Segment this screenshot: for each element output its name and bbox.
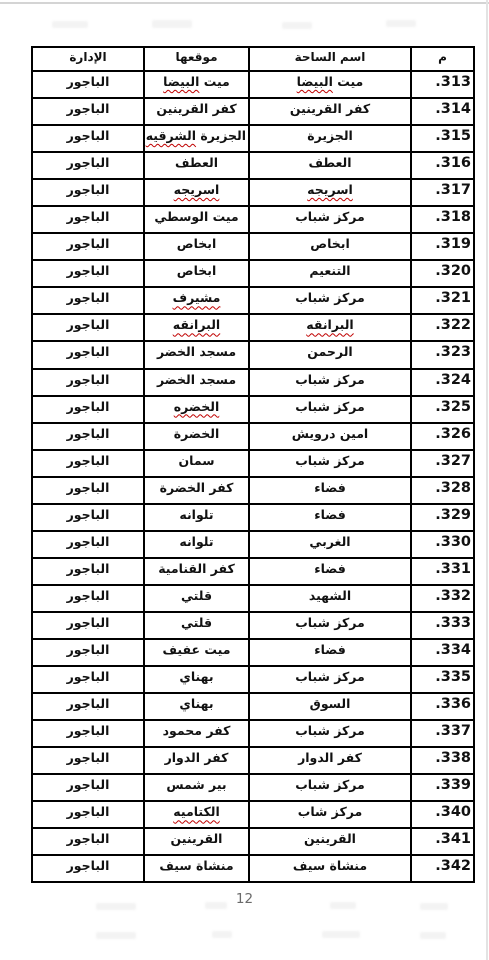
cell-text: مركز شباب — [295, 669, 365, 684]
cell-number: .342 — [411, 855, 474, 882]
table-row: .332الشهيدقلتيالباجور — [32, 585, 474, 612]
cell-location: ميت البيضا — [144, 71, 249, 98]
cell-text: تلوانه — [179, 534, 213, 549]
cell-admin: الباجور — [32, 125, 144, 152]
table-row: .337مركز شبابكفر محمودالباجور — [32, 720, 474, 747]
cell-admin: الباجور — [32, 558, 144, 585]
cell-text: الجزيرة — [307, 128, 353, 143]
page-right-edge-line — [486, 0, 488, 960]
cell-text: الرحمن — [307, 344, 352, 359]
table-row: .335مركز شباببهنايالباجور — [32, 666, 474, 693]
table-row: .331فضاءكفر القناميةالباجور — [32, 558, 474, 585]
cell-text: قلتي — [181, 615, 212, 630]
row-number-text: .337 — [435, 723, 471, 739]
cell-text: مركز شباب — [295, 453, 365, 468]
column-header-location: موقعها — [144, 47, 249, 71]
areas-table-body: .313ميت البيضاميت البيضاالباجور.314كفر ا… — [32, 71, 474, 882]
cell-number: .324 — [411, 369, 474, 396]
cell-area-name: امين درويش — [249, 423, 411, 450]
cell-text: سمان — [178, 453, 214, 468]
cell-location: ابخاص — [144, 260, 249, 287]
cell-area-name: الجزيرة — [249, 125, 411, 152]
table-row: .315الجزيرةالجزيرة الشرقيهالباجور — [32, 125, 474, 152]
cell-text: فضاء — [314, 642, 346, 657]
table-row: .339مركز شباببير شمسالباجور — [32, 774, 474, 801]
cell-number: .329 — [411, 504, 474, 531]
cell-area-name: مركز شباب — [249, 287, 411, 314]
cell-location: الكتاميه — [144, 801, 249, 828]
table-row: .316العطفالعطفالباجور — [32, 152, 474, 179]
row-number-text: .319 — [435, 236, 471, 252]
cell-admin: الباجور — [32, 666, 144, 693]
cell-admin: الباجور — [32, 504, 144, 531]
cell-area-name: العطف — [249, 152, 411, 179]
cell-text: فضاء — [314, 561, 346, 576]
table-row: .328فضاءكفر الخضرةالباجور — [32, 477, 474, 504]
misspelled-text: البيضا — [163, 74, 199, 89]
cell-number: .319 — [411, 233, 474, 260]
cell-location: كفر الخضرة — [144, 477, 249, 504]
row-number-text: .330 — [435, 534, 471, 550]
cell-text: ميت عفيف — [163, 642, 231, 657]
cell-number: .314 — [411, 98, 474, 125]
cell-number: .327 — [411, 450, 474, 477]
table-row: .313ميت البيضاميت البيضاالباجور — [32, 71, 474, 98]
table-row: .314كفر القرينينكفر القرينينالباجور — [32, 98, 474, 125]
cell-number: .339 — [411, 774, 474, 801]
cell-text: بير شمس — [166, 777, 226, 792]
scan-artifact — [152, 20, 192, 28]
cell-text: مركز شباب — [295, 777, 365, 792]
cell-admin: الباجور — [32, 747, 144, 774]
cell-admin: الباجور — [32, 639, 144, 666]
cell-area-name: كفر الدوار — [249, 747, 411, 774]
cell-location: تلوانه — [144, 504, 249, 531]
cell-area-name: البرانقه — [249, 314, 411, 341]
misspelled-text: البيضا — [297, 74, 333, 89]
cell-text: قلتي — [181, 588, 212, 603]
row-number-text: .341 — [435, 831, 471, 847]
cell-admin: الباجور — [32, 774, 144, 801]
cell-text: مسجد الخضر — [157, 344, 236, 359]
row-number-text: .339 — [435, 777, 471, 793]
misspelled-text: البرانقه — [306, 317, 353, 332]
table-row: .325مركز شبابالخضرهالباجور — [32, 396, 474, 423]
cell-number: .331 — [411, 558, 474, 585]
cell-text: فضاء — [314, 480, 346, 495]
table-row: .336السوقبهنايالباجور — [32, 693, 474, 720]
cell-number: .325 — [411, 396, 474, 423]
table-header-row: م اسم الساحة موقعها الإدارة — [32, 47, 474, 71]
table-row: .323الرحمنمسجد الخضرالباجور — [32, 341, 474, 368]
cell-location: مشيرف — [144, 287, 249, 314]
table-row: .334فضاءميت عفيفالباجور — [32, 639, 474, 666]
cell-text: كفر الخضرة — [160, 480, 234, 495]
cell-text: ميت — [333, 74, 363, 89]
scan-artifact — [52, 21, 88, 28]
cell-text: مركز شباب — [295, 399, 365, 414]
cell-area-name: مركز شباب — [249, 369, 411, 396]
table-row: .333مركز شبابقلتيالباجور — [32, 612, 474, 639]
cell-location: ابخاص — [144, 233, 249, 260]
cell-text: منشاة سيف — [159, 858, 233, 873]
cell-text: ميت الوسطي — [154, 209, 238, 224]
cell-location: البرانقه — [144, 314, 249, 341]
table-row: .330الغربيتلوانهالباجور — [32, 531, 474, 558]
row-number-text: .326 — [435, 426, 471, 442]
cell-text: كفر القرينين — [290, 101, 370, 116]
cell-area-name: القرينين — [249, 828, 411, 855]
cell-text: مركز شباب — [295, 290, 365, 305]
cell-number: .313 — [411, 71, 474, 98]
cell-area-name: فضاء — [249, 504, 411, 531]
areas-table: م اسم الساحة موقعها الإدارة .313ميت البي… — [31, 46, 475, 883]
row-number-text: .327 — [435, 453, 471, 469]
cell-text: الخضرة — [174, 426, 219, 441]
cell-location: بهناي — [144, 693, 249, 720]
cell-number: .326 — [411, 423, 474, 450]
misspelled-text: اسريجه — [307, 182, 353, 197]
cell-admin: الباجور — [32, 152, 144, 179]
misspelled-text: البرانقه — [173, 317, 220, 332]
row-number-text: .320 — [435, 263, 471, 279]
cell-number: .335 — [411, 666, 474, 693]
table-row: .341القرينينالقرينينالباجور — [32, 828, 474, 855]
cell-text: مركز شباب — [295, 615, 365, 630]
cell-number: .320 — [411, 260, 474, 287]
cell-location: الخضرة — [144, 423, 249, 450]
row-number-text: .318 — [435, 209, 471, 225]
misspelled-text: مشيرف — [173, 290, 221, 305]
cell-number: .337 — [411, 720, 474, 747]
cell-text: السوق — [310, 696, 351, 711]
cell-number: .340 — [411, 801, 474, 828]
row-number-text: .316 — [435, 155, 471, 171]
cell-location: قلتي — [144, 585, 249, 612]
row-number-text: .331 — [435, 561, 471, 577]
cell-admin: الباجور — [32, 450, 144, 477]
cell-number: .334 — [411, 639, 474, 666]
cell-number: .338 — [411, 747, 474, 774]
cell-admin: الباجور — [32, 531, 144, 558]
cell-area-name: كفر القرينين — [249, 98, 411, 125]
cell-location: كفر القنامية — [144, 558, 249, 585]
cell-text: كفر الدوار — [298, 750, 362, 765]
cell-area-name: فضاء — [249, 639, 411, 666]
cell-text: الغربي — [309, 534, 350, 549]
misspelled-text: الشرقيه — [146, 128, 196, 143]
column-header-area-name: اسم الساحة — [249, 47, 411, 71]
cell-area-name: الغربي — [249, 531, 411, 558]
cell-admin: الباجور — [32, 260, 144, 287]
row-number-text: .338 — [435, 750, 471, 766]
cell-text: مركز شباب — [295, 723, 365, 738]
cell-area-name: مركز شباب — [249, 666, 411, 693]
cell-area-name: الرحمن — [249, 341, 411, 368]
cell-location: كفر القرينين — [144, 98, 249, 125]
cell-admin: الباجور — [32, 585, 144, 612]
cell-text: امين درويش — [292, 426, 368, 441]
cell-text: التنعيم — [309, 263, 350, 278]
scan-artifact — [322, 931, 360, 938]
cell-number: .323 — [411, 341, 474, 368]
cell-text: القرينين — [304, 831, 356, 846]
row-number-text: .325 — [435, 399, 471, 415]
scan-artifact — [386, 20, 416, 27]
cell-location: ميت عفيف — [144, 639, 249, 666]
cell-text: مركز شاب — [298, 804, 362, 819]
cell-text: كفر القنامية — [158, 561, 235, 576]
cell-admin: الباجور — [32, 287, 144, 314]
column-header-admin: الإدارة — [32, 47, 144, 71]
cell-location: مسجد الخضر — [144, 341, 249, 368]
row-number-text: .323 — [435, 344, 471, 360]
cell-location: بهناي — [144, 666, 249, 693]
cell-admin: الباجور — [32, 341, 144, 368]
cell-number: .316 — [411, 152, 474, 179]
cell-text: مسجد الخضر — [157, 372, 236, 387]
row-number-text: .314 — [435, 101, 471, 117]
cell-text: ابخاص — [177, 263, 217, 278]
row-number-text: .342 — [435, 858, 471, 874]
cell-number: .332 — [411, 585, 474, 612]
cell-area-name: مركز شباب — [249, 774, 411, 801]
cell-location: الخضره — [144, 396, 249, 423]
cell-number: .321 — [411, 287, 474, 314]
table-row: .338كفر الدواركفر الدوارالباجور — [32, 747, 474, 774]
cell-text: مركز شباب — [295, 209, 365, 224]
cell-admin: الباجور — [32, 828, 144, 855]
cell-area-name: فضاء — [249, 477, 411, 504]
cell-text: كفر محمود — [163, 723, 231, 738]
cell-number: .318 — [411, 206, 474, 233]
row-number-text: .332 — [435, 588, 471, 604]
cell-text: كفر الدوار — [165, 750, 229, 765]
row-number-text: .335 — [435, 669, 471, 685]
cell-number: .330 — [411, 531, 474, 558]
cell-location: اسريجه — [144, 179, 249, 206]
row-number-text: .336 — [435, 696, 471, 712]
cell-location: مسجد الخضر — [144, 369, 249, 396]
cell-area-name: ابخاص — [249, 233, 411, 260]
cell-text: مركز شباب — [295, 372, 365, 387]
cell-text: العطف — [308, 155, 351, 170]
cell-admin: الباجور — [32, 477, 144, 504]
cell-text: كفر القرينين — [156, 101, 236, 116]
page-number: 12 — [0, 891, 489, 907]
cell-number: .328 — [411, 477, 474, 504]
table-row: .324مركز شبابمسجد الخضرالباجور — [32, 369, 474, 396]
cell-admin: الباجور — [32, 71, 144, 98]
cell-text: منشاة سيف — [293, 858, 367, 873]
cell-area-name: مركز شباب — [249, 450, 411, 477]
row-number-text: .334 — [435, 642, 471, 658]
cell-location: تلوانه — [144, 531, 249, 558]
row-number-text: .321 — [435, 290, 471, 306]
cell-text: الجزيرة — [196, 128, 246, 143]
misspelled-text: الخضره — [174, 399, 219, 414]
cell-area-name: مركز شباب — [249, 612, 411, 639]
cell-admin: الباجور — [32, 206, 144, 233]
cell-number: .317 — [411, 179, 474, 206]
cell-area-name: ميت البيضا — [249, 71, 411, 98]
cell-number: .333 — [411, 612, 474, 639]
cell-text: بهناي — [179, 696, 213, 711]
scan-artifact — [282, 22, 312, 29]
row-number-text: .333 — [435, 615, 471, 631]
table-row: .340مركز شابالكتاميهالباجور — [32, 801, 474, 828]
cell-admin: الباجور — [32, 314, 144, 341]
cell-number: .322 — [411, 314, 474, 341]
cell-admin: الباجور — [32, 369, 144, 396]
misspelled-text: اسريجه — [174, 182, 220, 197]
cell-number: .315 — [411, 125, 474, 152]
table-row: .342منشاة سيفمنشاة سيفالباجور — [32, 855, 474, 882]
scan-artifact — [420, 932, 446, 939]
table-row: .329فضاءتلوانهالباجور — [32, 504, 474, 531]
cell-admin: الباجور — [32, 233, 144, 260]
cell-admin: الباجور — [32, 612, 144, 639]
cell-area-name: مركز شاب — [249, 801, 411, 828]
cell-text: العطف — [175, 155, 218, 170]
cell-area-name: التنعيم — [249, 260, 411, 287]
row-number-text: .317 — [435, 182, 471, 198]
cell-text: فضاء — [314, 507, 346, 522]
scan-artifact — [96, 932, 136, 939]
cell-location: سمان — [144, 450, 249, 477]
row-number-text: .315 — [435, 128, 471, 144]
row-number-text: .324 — [435, 372, 471, 388]
cell-text: ميت — [199, 74, 229, 89]
row-number-text: .340 — [435, 804, 471, 820]
cell-text: بهناي — [179, 669, 213, 684]
cell-area-name: فضاء — [249, 558, 411, 585]
cell-area-name: منشاة سيف — [249, 855, 411, 882]
cell-admin: الباجور — [32, 693, 144, 720]
cell-number: .341 — [411, 828, 474, 855]
row-number-text: .328 — [435, 480, 471, 496]
cell-admin: الباجور — [32, 801, 144, 828]
cell-text: تلوانه — [179, 507, 213, 522]
cell-admin: الباجور — [32, 720, 144, 747]
table-row: .320التنعيمابخاصالباجور — [32, 260, 474, 287]
row-number-text: .322 — [435, 317, 471, 333]
cell-location: العطف — [144, 152, 249, 179]
cell-admin: الباجور — [32, 179, 144, 206]
cell-admin: الباجور — [32, 396, 144, 423]
cell-location: منشاة سيف — [144, 855, 249, 882]
cell-area-name: مركز شباب — [249, 720, 411, 747]
cell-location: الجزيرة الشرقيه — [144, 125, 249, 152]
cell-number: .336 — [411, 693, 474, 720]
cell-admin: الباجور — [32, 855, 144, 882]
cell-area-name: مركز شباب — [249, 206, 411, 233]
cell-area-name: الشهيد — [249, 585, 411, 612]
table-row: .321مركز شبابمشيرفالباجور — [32, 287, 474, 314]
cell-text: ابخاص — [177, 236, 217, 251]
cell-location: كفر محمود — [144, 720, 249, 747]
column-header-number: م — [411, 47, 474, 71]
scan-artifact — [212, 931, 232, 938]
cell-area-name: اسريجه — [249, 179, 411, 206]
row-number-text: .313 — [435, 74, 471, 90]
table-row: .327مركز شبابسمانالباجور — [32, 450, 474, 477]
table-row: .318مركز شبابميت الوسطيالباجور — [32, 206, 474, 233]
cell-area-name: السوق — [249, 693, 411, 720]
cell-location: قلتي — [144, 612, 249, 639]
cell-admin: الباجور — [32, 423, 144, 450]
cell-location: القرينين — [144, 828, 249, 855]
row-number-text: .329 — [435, 507, 471, 523]
cell-area-name: مركز شباب — [249, 396, 411, 423]
table-row: .319ابخاصابخاصالباجور — [32, 233, 474, 260]
table-row: .317اسريجهاسريجهالباجور — [32, 179, 474, 206]
cell-location: كفر الدوار — [144, 747, 249, 774]
table-row: .326امين درويشالخضرةالباجور — [32, 423, 474, 450]
page-top-edge-line — [0, 2, 489, 4]
cell-location: بير شمس — [144, 774, 249, 801]
misspelled-text: الكتاميه — [173, 804, 219, 819]
cell-location: ميت الوسطي — [144, 206, 249, 233]
cell-admin: الباجور — [32, 98, 144, 125]
cell-text: القرينين — [171, 831, 223, 846]
table-row: .322البرانقهالبرانقهالباجور — [32, 314, 474, 341]
cell-text: ابخاص — [310, 236, 350, 251]
cell-text: الشهيد — [309, 588, 351, 603]
